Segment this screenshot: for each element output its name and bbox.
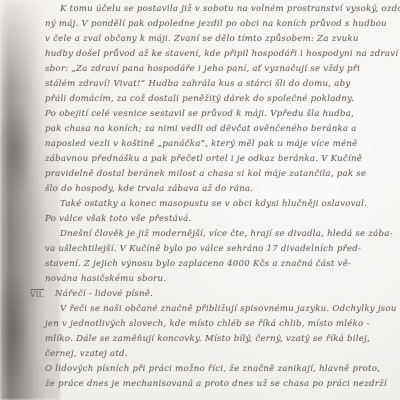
handwritten-line: ný máj. V pondělí pak odpoledne jezdil p… xyxy=(45,17,396,32)
handwritten-line: Také ostatky a konec masopustu se v obci… xyxy=(45,197,396,212)
handwritten-line: O lidových písních při práci možno říci,… xyxy=(45,362,396,377)
handwritten-line: naposled vezli v koštině „panáčka“, kter… xyxy=(45,137,396,152)
handwritten-line: přáli domácím, za což dostali peněžitý d… xyxy=(45,92,396,107)
handwritten-line: nována hasičskému sboru. xyxy=(45,272,396,287)
handwritten-line: V řeči se naši občané značně přibližují … xyxy=(45,302,396,317)
handwritten-line: černej, vzatej atd. xyxy=(45,347,396,362)
handwritten-line: šlo do hospody, kde trvala zábava až do … xyxy=(45,182,396,197)
section-title: Nářečí - lidové písně. xyxy=(45,289,153,299)
section-heading: VII.Nářečí - lidové písně. xyxy=(45,287,396,302)
handwritten-line: K tomu účelu se postavila již v sobotu n… xyxy=(45,2,396,17)
handwritten-line: Dnešní člověk je již modernější, více čt… xyxy=(45,227,396,242)
handwritten-line: Po válce však toto vše přestává. xyxy=(45,212,396,227)
handwritten-line: že práce dnes je mechanisovaná a proto d… xyxy=(45,377,396,392)
section-number: VII. xyxy=(30,287,44,302)
handwritten-line: zábavnou přednášku a pak přečetl ortel i… xyxy=(45,152,396,167)
handwritten-line: stavení. Z jejich výnosu bylo zaplaceno … xyxy=(45,257,396,272)
handwritten-line: pravidelně dostal beránek milost a chasa… xyxy=(45,167,396,182)
scanned-page: K tomu účelu se postavila již v sobotu n… xyxy=(0,0,400,400)
handwritten-line: jen v jednotlivých slovech, kde místo ch… xyxy=(45,317,396,332)
handwritten-line: hudby došel průvod až ke stavení, kde př… xyxy=(45,47,396,62)
handwritten-line: Po obejití celé vesnice sestavil se prův… xyxy=(45,107,396,122)
manuscript-text: K tomu účelu se postavila již v sobotu n… xyxy=(45,2,396,392)
handwritten-line: sbor: „Za zdraví pana hospodáře i jeho p… xyxy=(45,62,396,77)
handwritten-line: v čele a zval občany k máji. Zvaní se dě… xyxy=(45,32,396,47)
handwritten-line: pak chasa na koních; za nimi vedli od dě… xyxy=(45,122,396,137)
handwritten-line: mlíko. Dále se zaměňují koncovky. Místo … xyxy=(45,332,396,347)
handwritten-line: va ušlechtilejší. V Kučíně bylo po válce… xyxy=(45,242,396,257)
handwritten-line: stálém zdraví! Vivat!“ Hudba zahrála kus… xyxy=(45,77,396,92)
